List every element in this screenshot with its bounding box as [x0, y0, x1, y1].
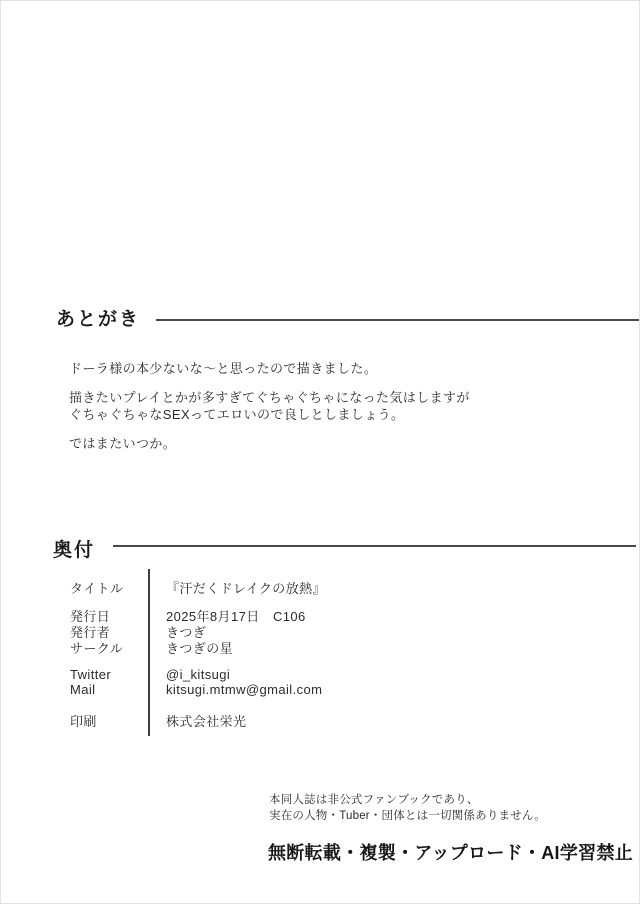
disclaimer-line: 実在の人物・Tuber・団体とは一切関係ありません。	[269, 807, 546, 823]
colophon-label: Mail	[70, 682, 95, 697]
colophon-row-printer: 印刷 株式会社栄光	[1, 711, 639, 727]
colophon-row-twitter: Twitter @i_kitsugi	[1, 667, 639, 683]
colophon-label: Twitter	[70, 667, 111, 682]
afterword-rule	[156, 319, 639, 321]
afterword-heading: あとがき	[56, 304, 140, 331]
afterword-line: ぐちゃぐちゃなSEXってエロいので良しとしましょう。	[69, 404, 404, 423]
colophon-rule	[113, 545, 636, 547]
colophon-value-twitter: @i_kitsugi	[166, 667, 230, 682]
colophon-row-circle: サークル きつぎの星	[1, 638, 639, 654]
colophon-value-title: 『汗だくドレイクの放熱』	[166, 578, 326, 597]
colophon-label: サークル	[70, 638, 123, 657]
colophon-row-publish-date: 発行日 2025年8月17日 C106	[1, 606, 639, 622]
copyright-notice: 無断転載・複製・アップロード・AI学習禁止	[268, 839, 633, 865]
colophon-value-printer: 株式会社栄光	[166, 711, 246, 730]
colophon-label: タイトル	[70, 578, 123, 597]
colophon-row-mail: Mail kitsugi.mtmw@gmail.com	[1, 682, 639, 698]
colophon-row-publisher: 発行者 きつぎ	[1, 622, 639, 638]
colophon-value-mail: kitsugi.mtmw@gmail.com	[166, 682, 322, 697]
document-page: あとがき ドーラ様の本少ないな〜と思ったので描きました。 描きたいプレイとかが多…	[0, 0, 640, 904]
afterword-line: ではまたいつか。	[69, 433, 176, 452]
colophon-label: 印刷	[70, 711, 97, 730]
colophon-row-title: タイトル 『汗だくドレイクの放熱』	[1, 578, 639, 594]
disclaimer-line: 本同人誌は非公式ファンブックであり、	[269, 791, 479, 807]
colophon-value-circle: きつぎの星	[166, 638, 233, 657]
afterword-line: ドーラ様の本少ないな〜と思ったので描きました。	[69, 358, 377, 377]
colophon-heading: 奥付	[53, 535, 95, 562]
